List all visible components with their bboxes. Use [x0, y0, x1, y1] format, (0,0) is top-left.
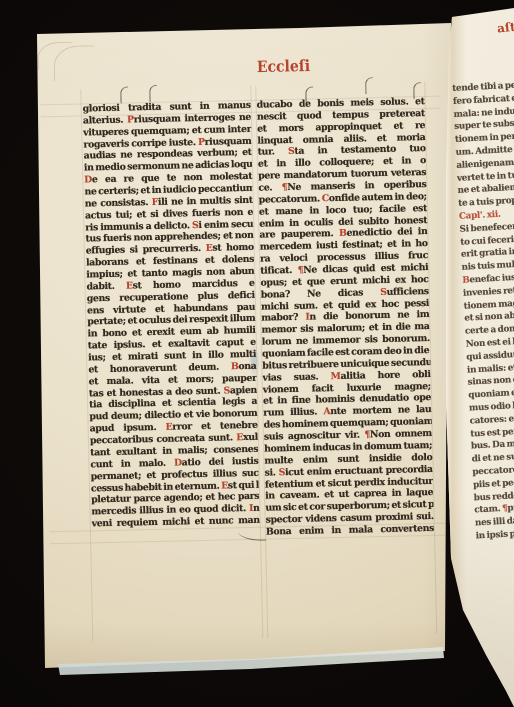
page-content: Eccleſi gloriosi tradita sunt in manusal…	[0, 0, 514, 707]
rubric-initial: ¶	[298, 265, 304, 276]
manuscript-photo: Eccleſi gloriosi tradita sunt in manusal…	[0, 0, 514, 707]
ascender-flourish	[149, 85, 157, 102]
rubric-initial: ¶	[282, 182, 288, 193]
rubric-initial: P	[127, 114, 134, 125]
running-title: Eccleſi	[257, 58, 311, 77]
rubric-initial: E	[206, 243, 213, 254]
rubric-initial: E	[126, 280, 133, 291]
rubric-initial: S	[279, 467, 286, 478]
rubric-initial: P	[198, 136, 205, 147]
rubric-initial: E	[221, 480, 228, 491]
rubric-initial: S	[380, 287, 387, 298]
rubric-initial: D	[84, 174, 92, 185]
rubric-initial: M	[330, 371, 340, 382]
rubric-initial: B	[231, 361, 239, 372]
rubric-initial: C	[322, 193, 329, 204]
rubric-initial: B	[339, 228, 347, 239]
rubric-initial: S	[223, 385, 230, 396]
rubric-initial: ¶	[364, 429, 370, 440]
rubric-initial: I	[249, 503, 253, 514]
rubric-initial: S	[192, 220, 199, 231]
rubric-initial: I	[305, 312, 309, 323]
text-column-left: gloriosi tradita sunt in manusalterius. …	[83, 100, 260, 531]
rubric-initial: A	[323, 406, 330, 417]
ascender-flourish	[120, 86, 128, 103]
manuscript-page: Eccleſi gloriosi tradita sunt in manusal…	[0, 0, 514, 707]
ascender-flourish	[365, 77, 373, 94]
rubric-initial: D	[174, 457, 182, 468]
rubric-initial: E	[236, 432, 243, 443]
rubric-initial: F	[152, 197, 159, 208]
rubric-initial: E	[165, 422, 172, 433]
text-column-right: ducabo de bonis meis solus. etnescit quo…	[257, 96, 435, 538]
rubric-initial: S	[288, 146, 295, 157]
